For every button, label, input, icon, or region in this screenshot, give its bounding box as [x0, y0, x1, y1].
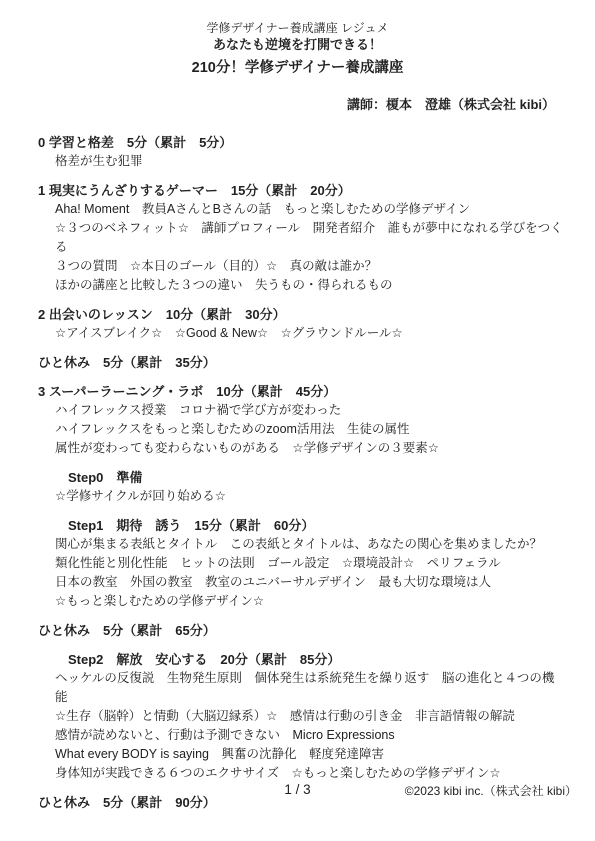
instructor-line: 講師：榎本 澄雄（株式会社 kibi） [0, 96, 595, 113]
break-heading: ひと休み 5分（累計 65分） [38, 621, 565, 640]
document-header: 学修デザイナー養成講座 レジュメ あなたも逆境を打開できる！ 210分！学修デザ… [0, 0, 595, 78]
agenda-line: Aha! Moment 教員AさんとBさんの話 もっと楽しむための学修デザイン [38, 200, 565, 219]
agenda-body: 0 学習と格差 5分（累計 5分） 格差が生む犯罪 1 現実にうんざりするゲーマ… [0, 113, 595, 812]
agenda-line: ☆学修サイクルが回り始める☆ [38, 487, 565, 506]
section-heading: 1 現実にうんざりするゲーマー 15分（累計 20分） [38, 181, 565, 200]
agenda-line: ハイフレックスをもっと楽しむためのzoom活用法 生徒の属性 [38, 420, 565, 439]
agenda-line: ほかの講座と比較した３つの違い 失うもの・得られるもの [38, 276, 565, 295]
agenda-line: 感情が読めないと、行動は予測できない Micro Expressions [38, 726, 565, 745]
agenda-line: 格差が生む犯罪 [38, 152, 565, 171]
agenda-line: 関心が集まる表紙とタイトル この表紙とタイトルは、あなたの関心を集めましたか？ [38, 535, 565, 554]
step-heading: Step2 解放 安心する 20分（累計 85分） [38, 650, 565, 669]
agenda-line: ヘッケルの反復説 生物発生原則 個体発生は系統発生を繰り返す 脳の進化と４つの機… [38, 669, 565, 707]
section-heading: 0 学習と格差 5分（累計 5分） [38, 133, 565, 152]
step-heading: Step0 準備 [38, 468, 565, 487]
break-heading: ひと休み 5分（累計 35分） [38, 353, 565, 372]
agenda-line: ☆アイスブレイク☆ ☆Good & New☆ ☆グラウンドルール☆ [38, 324, 565, 343]
agenda-line: ☆生存（脳幹）と情動（大脳辺縁系）☆ 感情は行動の引き金 非言語情報の解読 [38, 707, 565, 726]
copyright-text: ©2023 kibi inc.（株式会社 kibi） [405, 782, 577, 800]
document-subtitle: 学修デザイナー養成講座 レジュメ [0, 20, 595, 36]
agenda-line: 属性が変わっても変わらないものがある ☆学修デザインの３要素☆ [38, 439, 565, 458]
agenda-line: ☆もっと楽しむための学修デザイン☆ [38, 592, 565, 611]
agenda-line: ハイフレックス授業 コロナ禍で学び方が変わった [38, 401, 565, 420]
agenda-line: 日本の教室 外国の教室 教室のユニバーサルデザイン 最も大切な環境は人 [38, 573, 565, 592]
section-heading: 3 スーパーラーニング・ラボ 10分（累計 45分） [38, 382, 565, 401]
agenda-line: What every BODY is saying 興奮の沈静化 軽度発達障害 [38, 745, 565, 764]
agenda-line: ３つの質問 ☆本日のゴール（目的）☆ 真の敵は誰か？ [38, 257, 565, 276]
document-page: 学修デザイナー養成講座 レジュメ あなたも逆境を打開できる！ 210分！学修デザ… [0, 0, 595, 841]
step-heading: Step1 期待 誘う 15分（累計 60分） [38, 516, 565, 535]
document-footer: 1 / 3 ©2023 kibi inc.（株式会社 kibi） [0, 780, 595, 800]
agenda-line: 類化性能と別化性能 ヒットの法則 ゴール設定 ☆環境設計☆ ペリフェラル [38, 554, 565, 573]
agenda-line: ☆３つのベネフィット☆ 講師プロフィール 開発者紹介 誰もが夢中になれる学びをつ… [38, 219, 565, 257]
document-title: 210分！学修デザイナー養成講座 [0, 58, 595, 78]
section-heading: 2 出会いのレッスン 10分（累計 30分） [38, 305, 565, 324]
document-catchphrase: あなたも逆境を打開できる！ [0, 36, 595, 54]
